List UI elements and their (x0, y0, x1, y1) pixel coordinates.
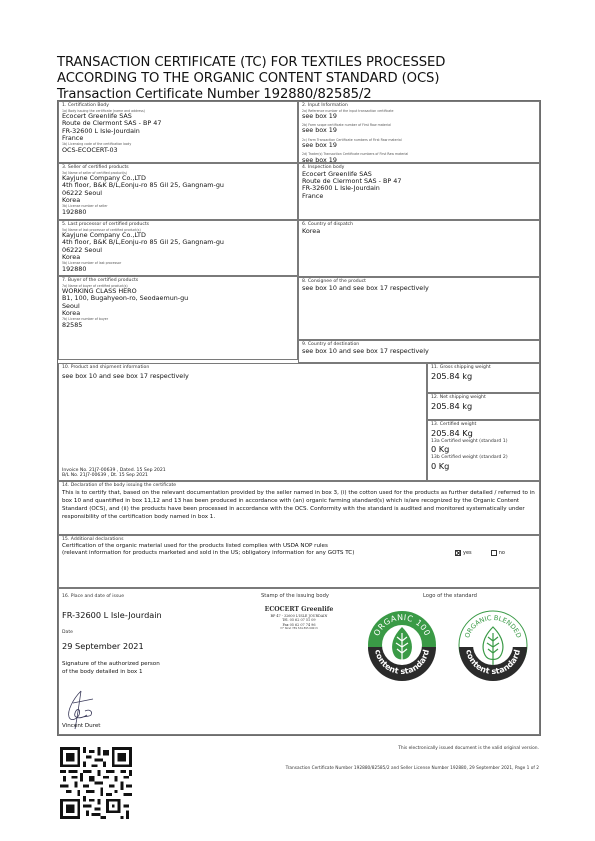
country: Korea (62, 197, 294, 204)
no-label: no (499, 550, 505, 556)
ocs-blended-logo-icon: ORGANIC BLENDED content standard (457, 609, 529, 681)
input-tc-reference: see box 19 (302, 113, 536, 120)
certified-weight-standard-1: 0 Kg (431, 444, 536, 454)
box-12-net-weight: 12. Net shipping weight 205.84 kg (427, 393, 540, 420)
qr-code-icon[interactable] (60, 747, 132, 819)
box-5-last-processor: 5. Last processor of certified products … (58, 220, 298, 276)
address-line: 06222 Seoul (62, 247, 294, 254)
stamp-name: ECOCERT Greenlife (254, 606, 344, 614)
buyer-license: 82585 (62, 322, 294, 329)
title-line-2: ACCORDING TO THE ORGANIC CONTENT STANDAR… (57, 71, 557, 87)
logo-label: Logo of the standard (423, 594, 477, 600)
box-11-gross-weight: 11. Gross shipping weight 205.84 kg (427, 363, 540, 393)
country: Korea (62, 310, 294, 317)
box-9-country-of-destination: 9. Country of destination see box 10 and… (298, 340, 540, 363)
certified-weight: 205.84 Kg (431, 428, 536, 438)
dispatch-country: Korea (302, 228, 536, 235)
stamp-label: Stamp of the issuing body (261, 594, 329, 600)
bill-of-lading: B/L No. 21J7-00639 , Dt. 15 Sep 2021 (62, 473, 166, 478)
declaration-text: This is to certify that, based on the re… (62, 489, 536, 521)
box-16-place-date-issue: 16. Place and date of issue FR-32600 L I… (58, 588, 540, 735)
box-1-certification-body: 1. Certification Body 1a) Body issuing t… (58, 101, 298, 163)
box-6-country-of-dispatch: 6. Country of dispatch Korea (298, 220, 540, 277)
certified-weight-standard-2: 0 Kg (431, 461, 536, 471)
seller-license: 192880 (62, 209, 294, 216)
signatory-name: Vincent Duret (62, 723, 101, 730)
destination-country: see box 10 and see box 17 respectively (302, 348, 536, 355)
address-line: Seoul (62, 303, 294, 310)
box-13-certified-weight: 13. Certified weight 205.84 Kg 13a Certi… (427, 420, 540, 481)
product-info: see box 10 and see box 17 respectively (62, 373, 423, 380)
address-line: 06222 Seoul (62, 190, 294, 197)
box-4-inspection-body: 4. Inspection body Ecocert Greenlife SAS… (298, 163, 540, 220)
country: France (62, 135, 294, 142)
address-line: FR-32600 L Isle-Jourdain (62, 128, 294, 135)
processor-license: 192880 (62, 266, 294, 273)
gross-weight: 205.84 kg (431, 371, 536, 381)
box-10-product-shipment: 10. Product and shipment information see… (58, 363, 427, 481)
stamp-siret: N° Siret 789 534 895 00013 (254, 627, 344, 631)
validity-note: This electronically issued document is t… (398, 746, 539, 751)
address-line: FR-32600 L Isle-Jourdain (302, 185, 536, 192)
issuing-body-stamp: ECOCERT Greenlife BP 47 - 32600 L'ISLE J… (254, 606, 344, 632)
yes-checkbox[interactable] (455, 550, 461, 556)
farm-tc-numbers: see box 19 (302, 142, 536, 149)
consignee-value: see box 10 and see box 17 respectively (302, 285, 536, 292)
box-3-seller: 3. Seller of certified products 3a) Name… (58, 163, 298, 220)
title-line-1: TRANSACTION CERTIFICATE (TC) FOR TEXTILE… (57, 55, 557, 71)
document-title: TRANSACTION CERTIFICATE (TC) FOR TEXTILE… (57, 55, 557, 103)
box-8-consignee: 8. Consignee of the product see box 10 a… (298, 277, 540, 340)
net-weight: 205.84 kg (431, 401, 536, 411)
country: Korea (62, 254, 294, 261)
box-label: 10. Product and shipment information (62, 365, 423, 371)
country: France (302, 193, 536, 200)
licensing-code: OCS-ECOCERT-03 (62, 147, 294, 154)
ocs-100-logo-icon: ORGANIC 100 content standard (366, 609, 438, 681)
page-reference: Transaction Certificate Number 192880/82… (286, 766, 539, 771)
yes-label: yes (463, 550, 472, 556)
address-line: B1, 100, Bugahyeon-ro, Seodaemun-gu (62, 295, 294, 302)
no-checkbox[interactable] (491, 550, 497, 556)
box-14-declaration: 14. Declaration of the body issuing the … (58, 481, 540, 535)
box-2-input-information: 2. Input Information 2a) Reference numbe… (298, 101, 540, 163)
box-7-buyer: 7. Buyer of the certified products 7a) N… (58, 276, 298, 360)
box-15-additional-declarations: 15. Additional declarations Certificatio… (58, 535, 540, 588)
farm-scope-certificate: see box 19 (302, 127, 536, 134)
